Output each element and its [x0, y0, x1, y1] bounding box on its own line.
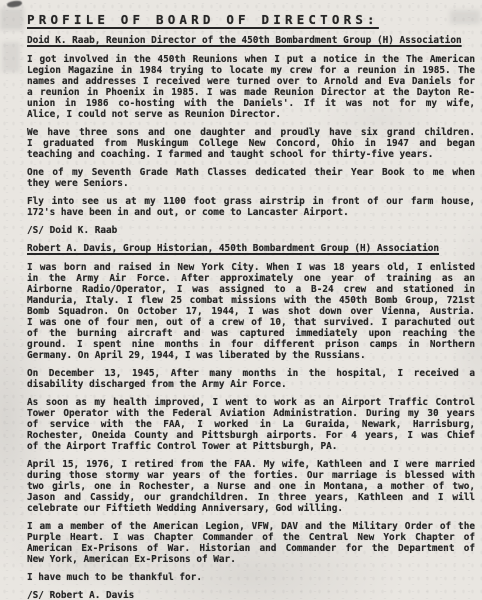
text-line: Alice, I could not serve as Reunion Dire… — [27, 109, 475, 120]
text-line: I graduated from Muskingum College New C… — [27, 138, 475, 149]
paragraph: On December 13, 1945, After many months … — [27, 368, 475, 390]
signature-line: /S/ Robert A. Davis — [27, 590, 475, 600]
text-line: April 15, 1976, I retired from the FAA. … — [27, 459, 475, 470]
text-line: Jason and Cassidy, our grandchildren. In… — [27, 492, 475, 503]
text-line: names and addresses I received were turn… — [27, 76, 475, 87]
text-line: celebrate our Fiftieth Wedding Anniversa… — [27, 503, 475, 514]
text-line: As soon as my health improved, I went to… — [27, 397, 475, 408]
scan-artifact-bleed — [2, 42, 20, 72]
document-title: PROFILE OF BOARD OF DIRECTORS: — [27, 12, 379, 27]
scan-artifact-bleed — [0, 8, 24, 30]
paragraph: I got involved in the 450th Reunions whe… — [27, 54, 475, 120]
paragraph: April 15, 1976, I retired from the FAA. … — [27, 459, 475, 514]
text-line: I have much to be thankful for. — [27, 572, 475, 583]
text-line: American Ex-Prisons of War. Historian an… — [27, 543, 475, 554]
scanned-document-page: PROFILE OF BOARD OF DIRECTORS: Doid K. R… — [0, 0, 482, 600]
text-line: of the Airport Traffic Control Tower at … — [27, 441, 475, 452]
sections: Doid K. Raab, Reunion Director of the 45… — [27, 35, 475, 600]
text-line: Germany. On April 29, 1944, I was libera… — [27, 350, 475, 361]
text-line: disability discharged from the Army Air … — [27, 379, 475, 390]
scan-artifact-smudge — [7, 0, 23, 8]
text-line: Tower Operator with the Federal Aviation… — [27, 408, 475, 419]
text-line: in the Army Air Force. After approximate… — [27, 273, 475, 284]
text-line: Bomb Squadron. On October 17, 1944, I wa… — [27, 306, 475, 317]
text-line: I was one of four men, out of a crew of … — [27, 317, 475, 328]
paragraph: I was born and raised in New York City. … — [27, 262, 475, 361]
text-line: I was born and raised in New York City. … — [27, 262, 475, 273]
text-line: they were Seniors. — [27, 178, 475, 189]
text-line: union in 1986 co-hosting with the Daniel… — [27, 98, 475, 109]
paragraph: One of my Seventh Grade Math Classes ded… — [27, 167, 475, 189]
signature-line: /S/ Doid K. Raab — [27, 225, 475, 236]
text-line: We have three sons and one daughter and … — [27, 127, 475, 138]
document-section: Doid K. Raab, Reunion Director of the 45… — [27, 35, 475, 236]
text-line: of the burning aircraft and was captured… — [27, 328, 475, 339]
paragraph: I have much to be thankful for. — [27, 572, 475, 583]
text-line: ground. I spent nine months in four diff… — [27, 339, 475, 350]
text-line: I am a member of the American Legion, VF… — [27, 521, 475, 532]
text-line: during those stormy war years of the for… — [27, 470, 475, 481]
text-line: Legion Magazine in 1984 trying to locate… — [27, 65, 475, 76]
text-line: New York, American Ex-Prisons of War. — [27, 554, 475, 565]
text-line: Fly into see us at my 1100 foot grass ai… — [27, 196, 475, 207]
paragraph: We have three sons and one daughter and … — [27, 127, 475, 160]
text-line: Rochester, Oneida County and Pittsburgh … — [27, 430, 475, 441]
text-line: Purple Heart. I was Chapter Commander of… — [27, 532, 475, 543]
section-heading: Doid K. Raab, Reunion Director of the 45… — [27, 35, 475, 47]
text-line: Airborne Radio/Operator, I was assigned … — [27, 284, 475, 295]
section-heading: Robert A. Davis, Group Historian, 450th … — [27, 243, 475, 255]
text-line: Manduria, Italy. I flew 25 combat missio… — [27, 295, 475, 306]
text-line: One of my Seventh Grade Math Classes ded… — [27, 167, 475, 178]
text-line: teaching and coaching. I farmed and taug… — [27, 149, 475, 160]
text-line: a reunion in Phoenix in 1985. I was made… — [27, 87, 475, 98]
paragraph: I am a member of the American Legion, VF… — [27, 521, 475, 565]
paragraph: As soon as my health improved, I went to… — [27, 397, 475, 452]
text-line: two girls, one in Rochester, a Nurse and… — [27, 481, 475, 492]
text-line: On December 13, 1945, After many months … — [27, 368, 475, 379]
text-line: I got involved in the 450th Reunions whe… — [27, 54, 475, 65]
paragraph: Fly into see us at my 1100 foot grass ai… — [27, 196, 475, 218]
text-line: of service with the FAA, I worked in La … — [27, 419, 475, 430]
scan-artifact-bleed — [450, 10, 480, 24]
document-section: Robert A. Davis, Group Historian, 450th … — [27, 243, 475, 600]
text-line: 172's have been in and out, or come to L… — [27, 207, 475, 218]
